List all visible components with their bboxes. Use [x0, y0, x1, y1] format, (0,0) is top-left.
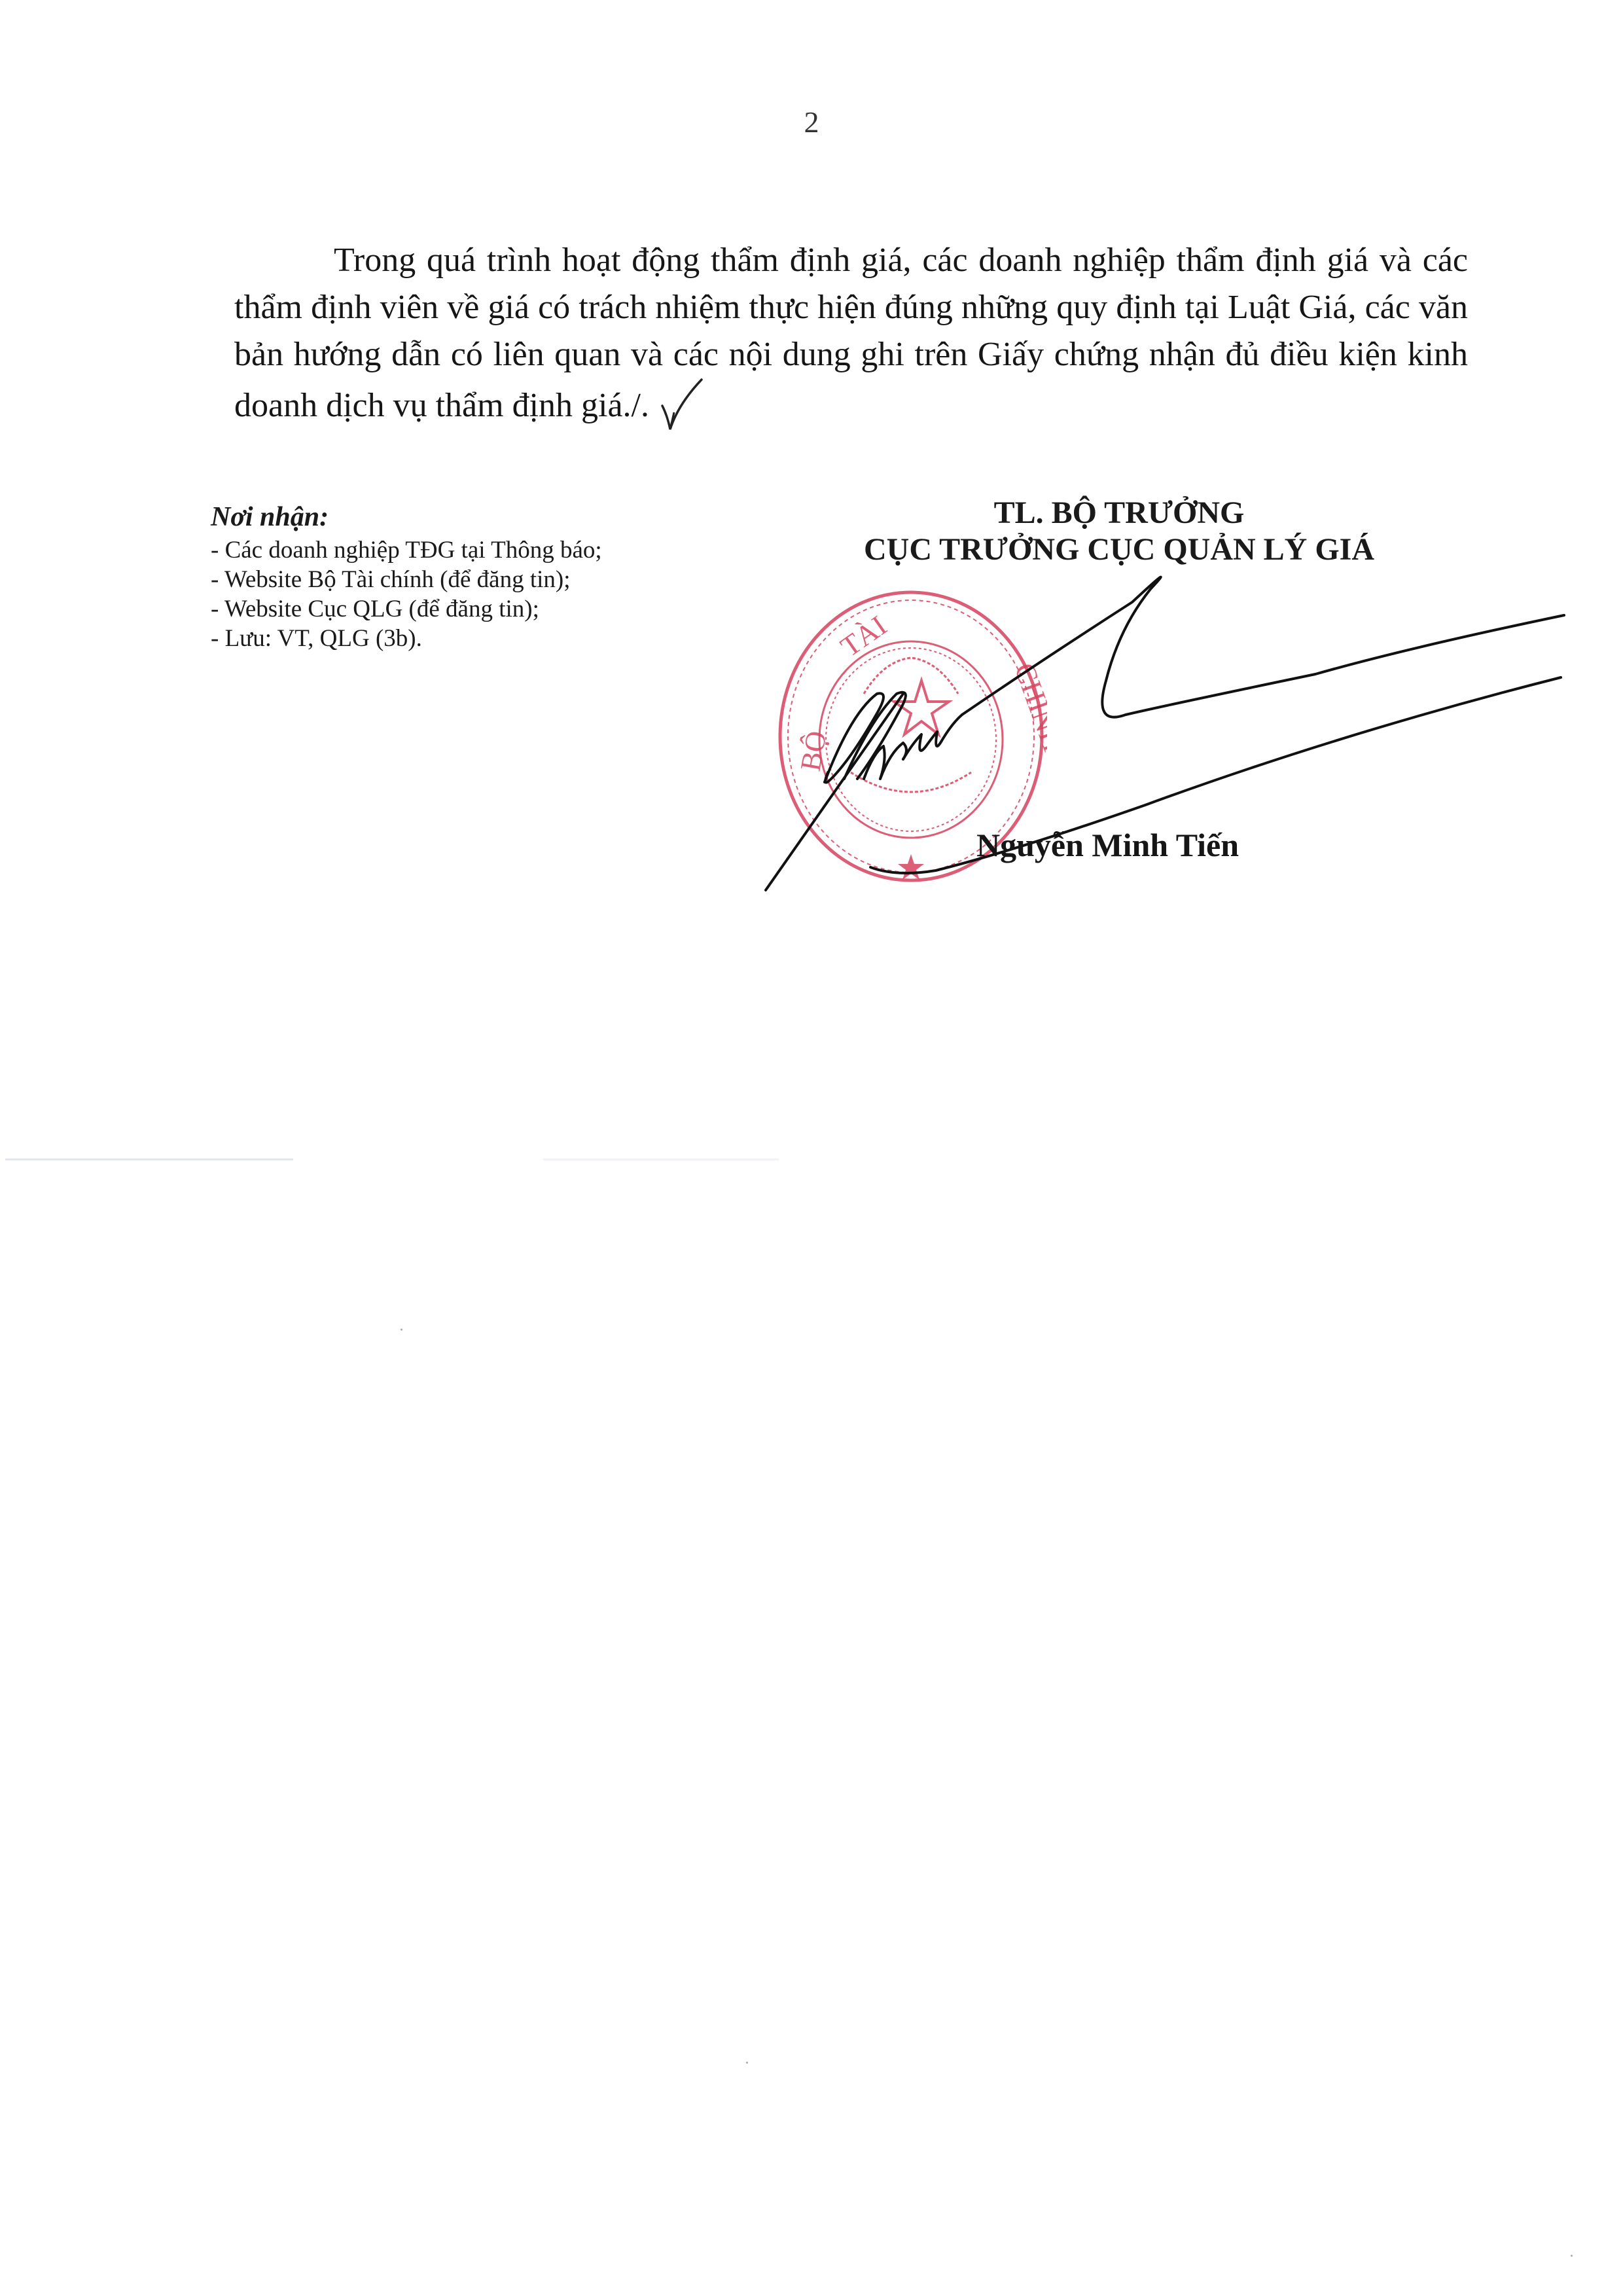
page-number: 2	[0, 105, 1623, 139]
recipients-title: Nơi nhận:	[211, 500, 734, 534]
recipients-block: Nơi nhận: - Các doanh nghiệp TĐG tại Thô…	[211, 500, 734, 653]
body-paragraph: Trong quá trình hoạt động thẩm định giá,…	[234, 237, 1468, 431]
signer-block: TL. BỘ TRƯỞNG CỤC TRƯỞNG CỤC QUẢN LÝ GIÁ	[805, 495, 1433, 568]
recipient-item: - Các doanh nghiệp TĐG tại Thông báo;	[211, 535, 734, 565]
signer-name: Nguyễn Minh Tiến	[976, 826, 1239, 864]
body-paragraph-text: Trong quá trình hoạt động thẩm định giá,…	[234, 242, 1468, 424]
scan-speck	[746, 2062, 748, 2064]
scan-speck	[401, 1329, 402, 1331]
page-fold-line	[543, 1158, 779, 1160]
recipient-item: - Website Bộ Tài chính (để đăng tin);	[211, 565, 734, 594]
signer-title-line1: TL. BỘ TRƯỞNG	[805, 495, 1433, 531]
recipient-item: - Website Cục QLG (để đăng tin);	[211, 594, 734, 624]
scan-speck	[1571, 2255, 1573, 2257]
page-fold-line	[5, 1158, 293, 1160]
recipient-item: - Lưu: VT, QLG (3b).	[211, 624, 734, 653]
checkmark-icon	[658, 378, 704, 431]
